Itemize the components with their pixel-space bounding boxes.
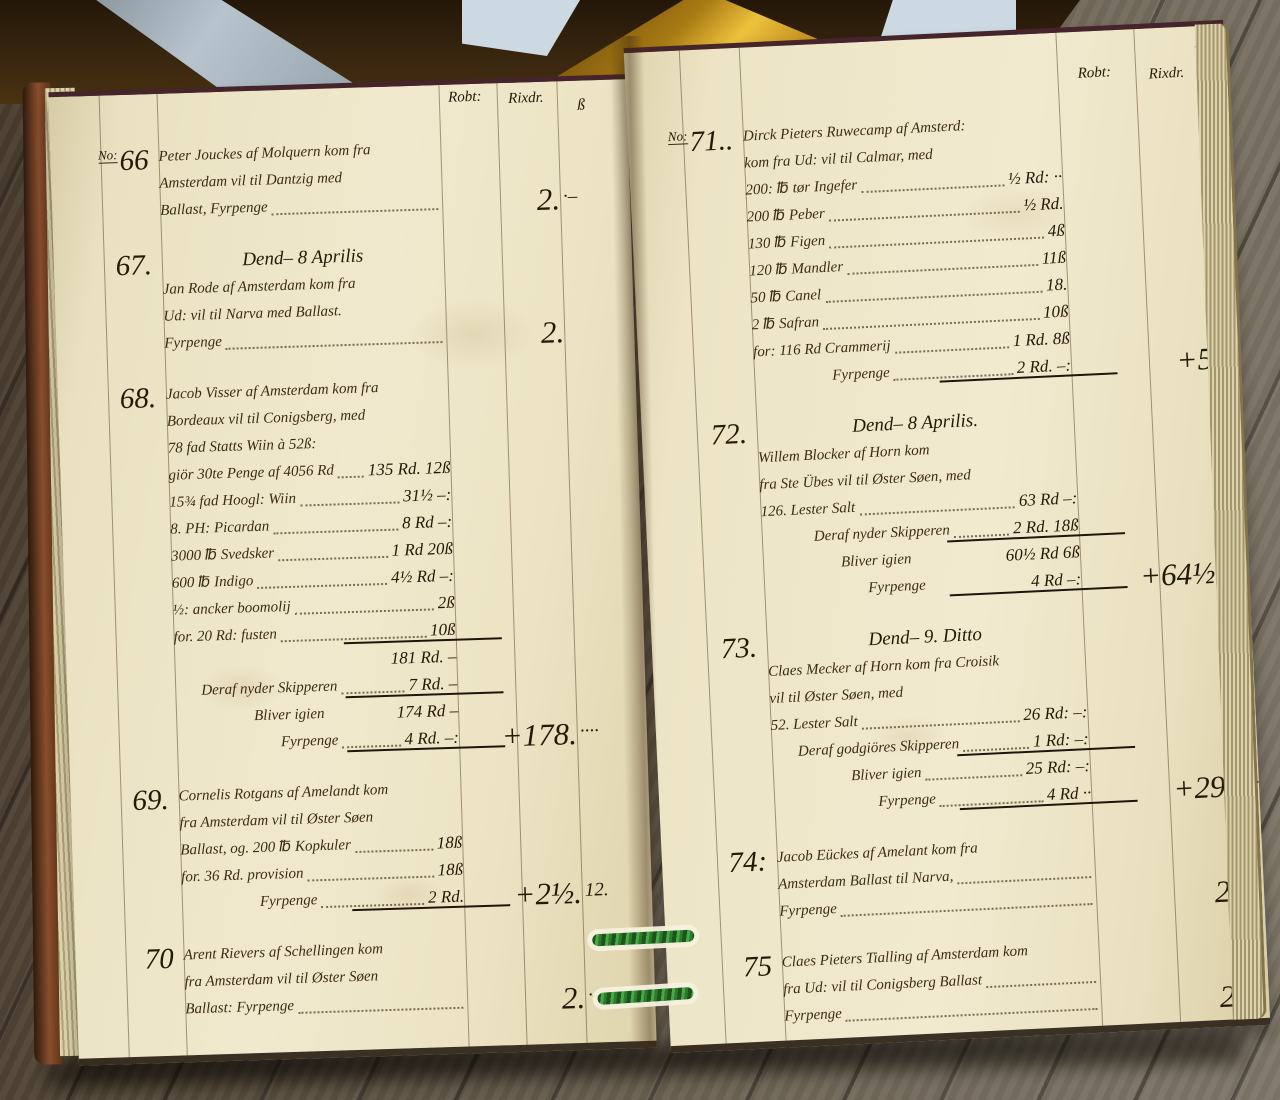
- column-header-rixdr: Rixdr.: [495, 89, 558, 108]
- dotted-leader: [975, 479, 1072, 484]
- line-text: Bliver igien: [840, 546, 912, 576]
- entry-number: No:66: [98, 144, 161, 227]
- ledger-entry-71: No:71..Dirck Pieters Ruwecamp af Amsterd…: [627, 101, 1235, 399]
- dotted-leader: [982, 851, 1090, 856]
- entry-text: Jacob Eückes af Amelant kom fraAmsterdam…: [776, 830, 1096, 926]
- line-amount: 174 Rd –: [396, 697, 458, 726]
- photo-of-ledger: { "book": { "right_page_number": "10.", …: [0, 0, 1280, 1100]
- dotted-leader: [963, 747, 1029, 752]
- dotted-leader: [926, 774, 1022, 781]
- left-page: Robt: Rixdr. ß No:66Peter Jouckes af Mol…: [48, 74, 656, 1066]
- entry-number: 74:: [728, 845, 780, 928]
- dotted-leader: [338, 476, 364, 479]
- line-amount: 2 Rd. –:: [1016, 351, 1072, 381]
- entry-number-value: 67.: [115, 249, 152, 282]
- line-amount: 18ß: [436, 829, 462, 857]
- ledger-entry-73: 73.Dend– 9. DittoClaes Mecker af Horn ko…: [651, 608, 1255, 826]
- dotted-leader: [387, 955, 462, 957]
- line-text: Ballast: Fyrpenge: [185, 993, 295, 1023]
- line-text: Fyrpenge: [779, 896, 838, 926]
- line-amount: 2 Rd. 18ß: [1012, 511, 1079, 541]
- line-text: for. 20 Rd: fusten: [173, 621, 277, 651]
- dotted-leader: [369, 421, 445, 423]
- line-text: 50 ℔ Canel: [750, 282, 822, 312]
- ledger-entry-75: 75Claes Pieters Tialling af Amsterdam ko…: [666, 927, 1265, 1036]
- line-amount: 4 Rd –:: [1030, 565, 1081, 594]
- dotted-leader: [298, 1007, 463, 1014]
- dotted-leader: [278, 556, 388, 561]
- line-amount: 60½ Rd 6ß: [1005, 538, 1080, 568]
- entry-number-value: 68.: [119, 382, 156, 415]
- amount-rixdaler: 2.: [561, 982, 585, 1014]
- entry-number: 70: [144, 942, 186, 1024]
- dotted-leader: [934, 452, 1071, 458]
- line-amount: 18.: [1045, 271, 1067, 299]
- amount-skilling: 12.: [581, 880, 609, 906]
- line-text: 8. PH: Picardan: [170, 514, 270, 544]
- dotted-leader: [346, 316, 442, 319]
- entry-number-value: 73.: [720, 632, 758, 666]
- line-text: Fyrpenge: [281, 727, 339, 756]
- dotted-leader: [895, 346, 1009, 353]
- entry-text: Claes Pieters Tialling af Amsterdam komf…: [781, 935, 1101, 1031]
- amount-rixdaler: 2.: [536, 183, 560, 215]
- entry-text: Dirck Pieters Ruwecamp af Amsterd:kom fr…: [742, 109, 1071, 394]
- line-amount: 1 Rd 20ß: [391, 535, 453, 564]
- line-amount: 25 Rd: –:: [1025, 752, 1090, 782]
- dotted-leader: [862, 720, 1020, 729]
- line-amount: 4½ Rd –:: [391, 562, 455, 591]
- dotted-leader: [342, 690, 405, 694]
- line-text: 130 ℔ Figen: [747, 228, 825, 259]
- line-amount: 26 Rd: –:: [1023, 698, 1088, 728]
- dotted-leader: [360, 289, 441, 292]
- line-amount: ½ Rd: ··: [1007, 163, 1063, 193]
- line-text: for. 36 Rd. provision: [181, 861, 304, 892]
- line-amount: 11ß: [1041, 244, 1066, 272]
- line-text: 600 ℔ Indigo: [172, 568, 254, 598]
- dotted-leader: [343, 745, 401, 749]
- line-amount: 1 Rd. 8ß: [1012, 324, 1070, 354]
- entry-number: 67.: [115, 249, 165, 359]
- line-amount: 10ß: [430, 616, 456, 644]
- ledger-entry-70: 70Arent Rievers af Schellingen komfra Am…: [75, 928, 641, 1027]
- ledger-entry-74: 74:Jacob Eückes af Amelant kom fraAmster…: [661, 822, 1260, 931]
- line-amount: 7 Rd. –: [408, 670, 457, 699]
- line-text: 200 ℔ Peber: [746, 201, 825, 232]
- amount-rixdaler: 2.: [540, 316, 564, 348]
- amount-rixdaler: +64½.: [1139, 557, 1223, 592]
- dotted-leader: [321, 448, 446, 452]
- line-text: 3000 ℔ Svedsker: [171, 540, 275, 570]
- amount-robt: [443, 214, 501, 216]
- dotted-leader: [375, 156, 437, 158]
- entry-number: 75: [742, 950, 785, 1033]
- entry-number-value: 74:: [728, 845, 768, 879]
- amount-rixdaler: +2½.: [514, 877, 582, 910]
- line-amount: 8 Rd –:: [402, 508, 453, 537]
- dotted-leader: [355, 849, 433, 853]
- column-header-robt: Robt:: [435, 88, 496, 107]
- line-amount: 4ß: [1047, 217, 1065, 245]
- ledger-entry-72: 72.Dend– 8 Aprilis.Willem Blocker af Hor…: [641, 395, 1245, 613]
- dotted-leader: [308, 876, 434, 882]
- amount-robt: [468, 1013, 526, 1015]
- dotted-leader: [970, 130, 1056, 134]
- dotted-leader: [940, 800, 1043, 807]
- ledger-entry-69: 69.Cornelis Rotgans af Amelandt komfra A…: [70, 769, 638, 922]
- entry-text: Dend– 8 AprilisJan Rode af Amsterdam kom…: [161, 240, 446, 358]
- entry-text: Dend– 9. DittoClaes Mecker af Horn kom f…: [766, 616, 1092, 821]
- dotted-leader: [1003, 665, 1081, 669]
- amount-skilling: ····: [576, 721, 599, 747]
- entry-text: Peter Jouckes af Molquern kom fraAmsterd…: [158, 135, 442, 225]
- dotted-leader: [329, 720, 393, 722]
- right-page: 10. Robt: Rixdr. ß No:71..Dirck Pieters …: [624, 20, 1271, 1053]
- column-header-robt: Robt:: [1055, 63, 1134, 84]
- line-amount: 2ß: [437, 589, 455, 617]
- entry-number-value: 69.: [132, 784, 169, 817]
- line-amount: ½ Rd.: [1023, 190, 1064, 219]
- dotted-leader: [859, 506, 1015, 515]
- amount-robt: [447, 347, 505, 349]
- dotted-leader: [986, 981, 1096, 988]
- line-text: 2 ℔ Safran: [751, 309, 819, 339]
- dotted-leader: [937, 157, 1057, 163]
- dotted-leader: [346, 183, 437, 186]
- line-amount: 181 Rd. –: [390, 643, 456, 672]
- entry-text: Dend– 8 Aprilis.Willem Blocker af Horn k…: [756, 402, 1082, 607]
- amount-robt: [1097, 907, 1175, 911]
- amount-skilling: [564, 339, 567, 345]
- entry-number: 69.: [132, 784, 182, 920]
- line-amount: 4 Rd. –:: [404, 724, 459, 753]
- dotted-leader: [383, 394, 444, 396]
- column-header-rixdr: Rixdr.: [1133, 64, 1200, 84]
- line-amount: 2 Rd.: [428, 883, 465, 911]
- line-amount: 10ß: [1042, 298, 1069, 326]
- amount-rixdaler: +178.: [501, 718, 577, 751]
- line-text: ½: ancker boomolij: [172, 594, 291, 625]
- dotted-leader: [861, 184, 1004, 193]
- entry-number-value: 72.: [710, 418, 748, 452]
- right-page-entries: No:71..Dirck Pieters Ruwecamp af Amsterd…: [627, 101, 1266, 1060]
- dotted-leader: [281, 636, 426, 643]
- ledger-entry-67: 67.Dend– 8 AprilisJan Rode af Amsterdam …: [53, 234, 620, 361]
- amount-robt: [1102, 1012, 1180, 1016]
- line-text: Fyrpenge: [868, 573, 927, 603]
- ledger-book: Robt: Rixdr. ß No:66Peter Jouckes af Mol…: [17, 3, 1257, 1084]
- dotted-leader: [273, 529, 398, 535]
- dotted-leader: [300, 501, 399, 506]
- line-amount: 4 Rd ··: [1046, 779, 1092, 808]
- entry-number-value: 70: [144, 943, 174, 976]
- column-header-skilling: ß: [557, 96, 606, 115]
- dotted-leader: [916, 563, 1002, 567]
- line-amount: 135 Rd. 12ß: [367, 454, 450, 484]
- line-text: Ballast, Fyrpenge: [160, 194, 268, 224]
- entry-text: Jacob Visser af Amsterdam kom fraBordeau…: [166, 373, 460, 760]
- dotted-leader: [322, 903, 425, 908]
- dotted-leader: [954, 534, 1009, 539]
- dotted-leader: [382, 982, 462, 985]
- line-amount: 1 Rd: –:: [1032, 725, 1089, 755]
- dotted-leader: [392, 796, 456, 798]
- line-text: Fyrpenge: [832, 360, 891, 390]
- amount-skilling: ·–: [560, 187, 578, 213]
- dotted-leader: [226, 341, 442, 350]
- amount-robt: [464, 908, 522, 910]
- line-amount: 18ß: [437, 856, 463, 884]
- entry-number-prefix: No:: [667, 129, 687, 146]
- dotted-leader: [841, 903, 1092, 917]
- dotted-leader: [1032, 956, 1095, 959]
- entry-text: Arent Rievers af Schellingen komfra Amst…: [183, 934, 467, 1024]
- line-text: Bliver igien: [254, 701, 325, 730]
- dotted-leader: [894, 373, 1013, 381]
- entry-number-value: 66: [119, 144, 149, 177]
- left-page-entries: No:66Peter Jouckes af Molquern kom fraAm…: [50, 130, 642, 1051]
- dotted-leader: [272, 208, 438, 215]
- line-amount: 63 Rd –:: [1018, 484, 1078, 514]
- entry-number-value: 71..: [689, 124, 734, 158]
- entry-number: No:71..: [667, 124, 755, 397]
- dotted-leader: [958, 876, 1092, 884]
- line-amount: 31½ –:: [403, 481, 452, 509]
- entry-text: Cornelis Rotgans af Amelandt komfra Amst…: [178, 775, 464, 919]
- line-text: Fyrpenge: [260, 887, 318, 916]
- dotted-leader: [295, 608, 434, 614]
- line-text: Fyrpenge: [878, 786, 937, 816]
- dotted-leader: [930, 589, 1027, 594]
- line-text: Deraf nyder Skipperen: [201, 674, 338, 705]
- dotted-leader: [377, 823, 457, 826]
- line-text: Bliver igien: [851, 760, 923, 790]
- line-text: Fyrpenge: [164, 329, 222, 358]
- ledger-entry-66: No:66Peter Jouckes af Molquern kom fraAm…: [50, 130, 616, 229]
- line-text: 52. Lester Salt: [770, 709, 858, 740]
- ledger-entry-68: 68.Jacob Visser af Amsterdam kom fraBord…: [58, 367, 634, 763]
- dotted-leader: [258, 583, 388, 589]
- entry-number-value: 75: [742, 950, 772, 983]
- line-text: Fyrpenge: [784, 1001, 843, 1031]
- entry-number-prefix: No:: [98, 147, 118, 164]
- dotted-leader: [179, 666, 387, 673]
- line-text: 15¾ fad Hoogl: Wiin: [169, 486, 296, 517]
- dotted-leader: [846, 1008, 1097, 1022]
